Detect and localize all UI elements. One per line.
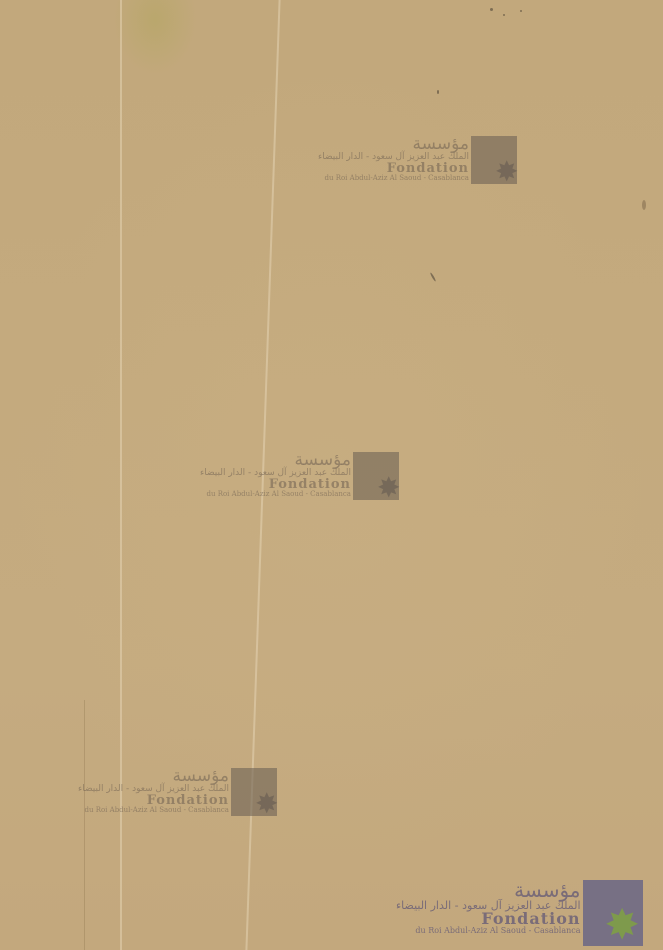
paper-tear xyxy=(84,700,85,950)
foundation-logo-icon: ✸ xyxy=(471,136,521,188)
watermark-lower-left: مؤسسة الملك عبد العزيز آل سعود - الدار ا… xyxy=(78,768,281,820)
watermark-arabic-title: مؤسسة xyxy=(396,880,581,900)
scanned-page: مؤسسة الملك عبد العزيز آل سعود - الدار ا… xyxy=(0,0,663,950)
ink-speck xyxy=(520,10,522,12)
watermark-bottom-right: مؤسسة الملك عبد العزيز آل سعود - الدار ا… xyxy=(396,880,645,946)
watermark-arabic-title: مؤسسة xyxy=(78,768,229,785)
ink-speck xyxy=(490,8,493,11)
foundation-logo-icon: ✸ xyxy=(231,768,281,820)
watermark-arabic-title: مؤسسة xyxy=(200,452,351,469)
watermark-french-subtitle: du Roi Abdul-Aziz Al Saoud - Casablanca xyxy=(396,927,581,935)
watermark-french-subtitle: du Roi Abdul-Aziz Al Saoud - Casablanca xyxy=(78,807,229,814)
watermark-center: مؤسسة الملك عبد العزيز آل سعود - الدار ا… xyxy=(200,452,403,504)
ink-speck xyxy=(503,14,505,16)
watermark-upper-right: مؤسسة الملك عبد العزيز آل سعود - الدار ا… xyxy=(318,136,521,188)
foundation-logo-icon: ✸ xyxy=(583,880,645,946)
stain xyxy=(642,200,646,210)
foundation-logo-icon: ✸ xyxy=(353,452,403,504)
ink-speck xyxy=(437,90,439,94)
watermark-arabic-title: مؤسسة xyxy=(318,136,469,153)
watermark-french-title: Fondation xyxy=(396,911,581,927)
ink-speck xyxy=(430,272,437,282)
watermark-french-subtitle: du Roi Abdul-Aziz Al Saoud - Casablanca xyxy=(200,491,351,498)
watermark-french-subtitle: du Roi Abdul-Aziz Al Saoud - Casablanca xyxy=(318,175,469,182)
